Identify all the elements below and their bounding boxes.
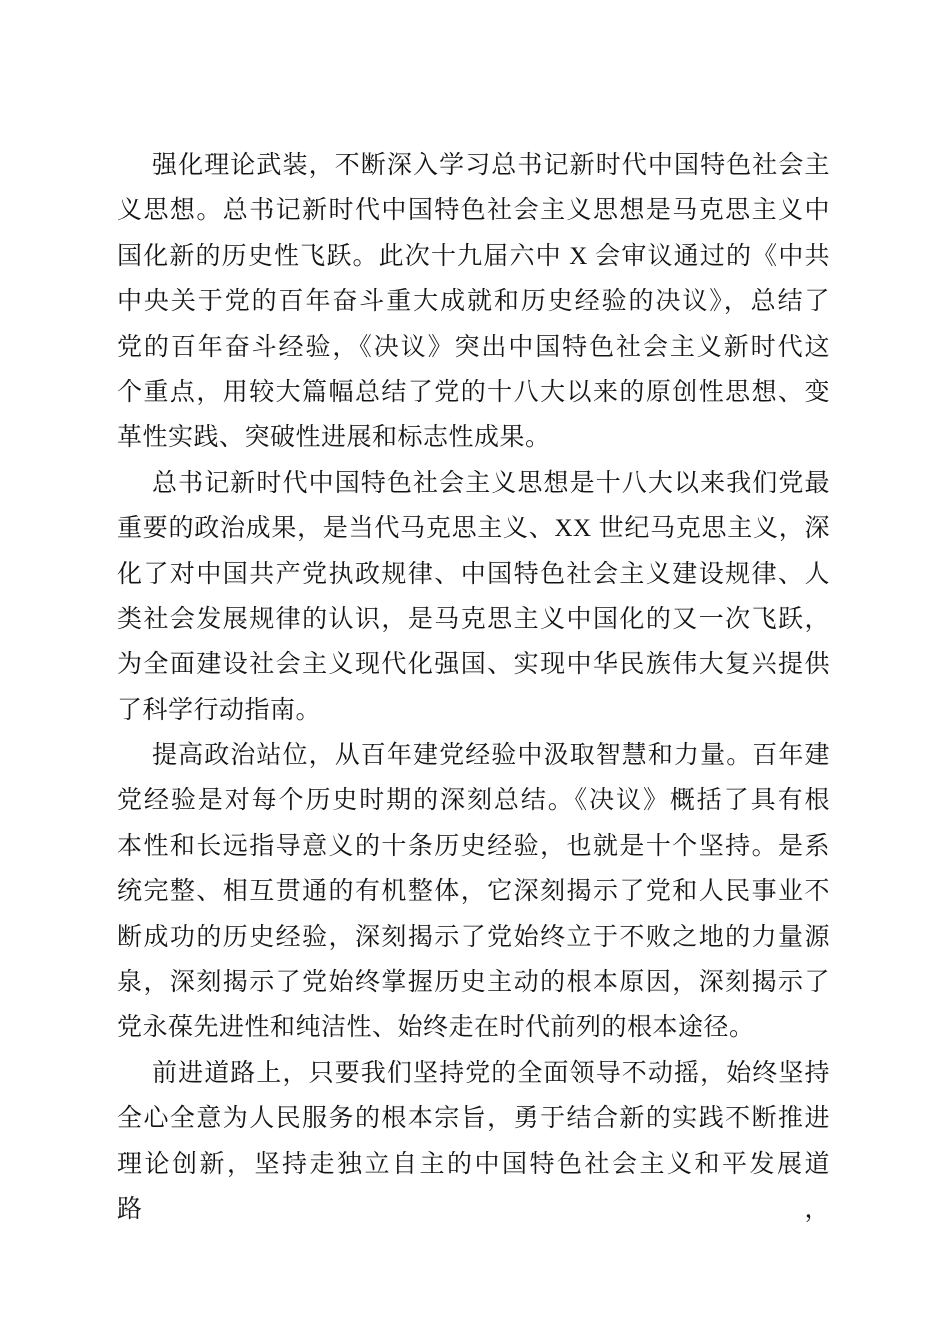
text-line: 义思想。总书记新时代中国特色社会主义思想是马克思主义中 xyxy=(117,188,830,233)
text-line: 泉，深刻揭示了党始终掌握历史主动的根本原因，深刻揭示了 xyxy=(117,960,830,1005)
document-body: 强化理论武装，不断深入学习总书记新时代中国特色社会主义思想。总书记新时代中国特色… xyxy=(117,143,830,1187)
document-page: 强化理论武装，不断深入学习总书记新时代中国特色社会主义思想。总书记新时代中国特色… xyxy=(0,0,950,1344)
paragraph: 提高政治站位，从百年建党经验中汲取智慧和力量。百年建党经验是对每个历史时期的深刻… xyxy=(117,733,830,1051)
text-line: 化了对中国共产党执政规律、中国特色社会主义建设规律、人 xyxy=(117,552,830,597)
text-line: 了科学行动指南。 xyxy=(117,688,830,733)
text-line: 党永葆先进性和纯洁性、始终走在时代前列的根本途径。 xyxy=(117,1005,830,1050)
text-line: 党经验是对每个历史时期的深刻总结。《决议》概括了具有根 xyxy=(117,778,830,823)
text-line: 国化新的历史性飞跃。此次十九届六中 X 会审议通过的《中共 xyxy=(117,234,830,279)
text-line: 重要的政治成果，是当代马克思主义、XX 世纪马克思主义，深 xyxy=(117,506,830,551)
text-line: 个重点，用较大篇幅总结了党的十八大以来的原创性思想、变 xyxy=(117,370,830,415)
text-line: 提高政治站位，从百年建党经验中汲取智慧和力量。百年建 xyxy=(117,733,830,778)
text-line: 为全面建设社会主义现代化强国、实现中华民族伟大复兴提供 xyxy=(117,642,830,687)
text-line: 前进道路上，只要我们坚持党的全面领导不动摇，始终坚持 xyxy=(117,1051,830,1096)
text-line: 统完整、相互贯通的有机整体，它深刻揭示了党和人民事业不 xyxy=(117,869,830,914)
text-line: 理论创新，坚持走独立自主的中国特色社会主义和平发展道路， xyxy=(117,1142,830,1187)
paragraph: 前进道路上，只要我们坚持党的全面领导不动摇，始终坚持全心全意为人民服务的根本宗旨… xyxy=(117,1051,830,1187)
text-line: 总书记新时代中国特色社会主义思想是十八大以来我们党最 xyxy=(117,461,830,506)
paragraph: 强化理论武装，不断深入学习总书记新时代中国特色社会主义思想。总书记新时代中国特色… xyxy=(117,143,830,461)
text-line: 中央关于党的百年奋斗重大成就和历史经验的决议》，总结了 xyxy=(117,279,830,324)
text-line: 党的百年奋斗经验，《决议》突出中国特色社会主义新时代这 xyxy=(117,325,830,370)
text-line: 全心全意为人民服务的根本宗旨，勇于结合新的实践不断推进 xyxy=(117,1096,830,1141)
paragraph: 总书记新时代中国特色社会主义思想是十八大以来我们党最重要的政治成果，是当代马克思… xyxy=(117,461,830,733)
text-line: 断成功的历史经验，深刻揭示了党始终立于不败之地的力量源 xyxy=(117,915,830,960)
text-line: 本性和长远指导意义的十条历史经验，也就是十个坚持。是系 xyxy=(117,824,830,869)
text-line: 类社会发展规律的认识，是马克思主义中国化的又一次飞跃， xyxy=(117,597,830,642)
text-line: 革性实践、突破性进展和标志性成果。 xyxy=(117,415,830,460)
text-line: 强化理论武装，不断深入学习总书记新时代中国特色社会主 xyxy=(117,143,830,188)
